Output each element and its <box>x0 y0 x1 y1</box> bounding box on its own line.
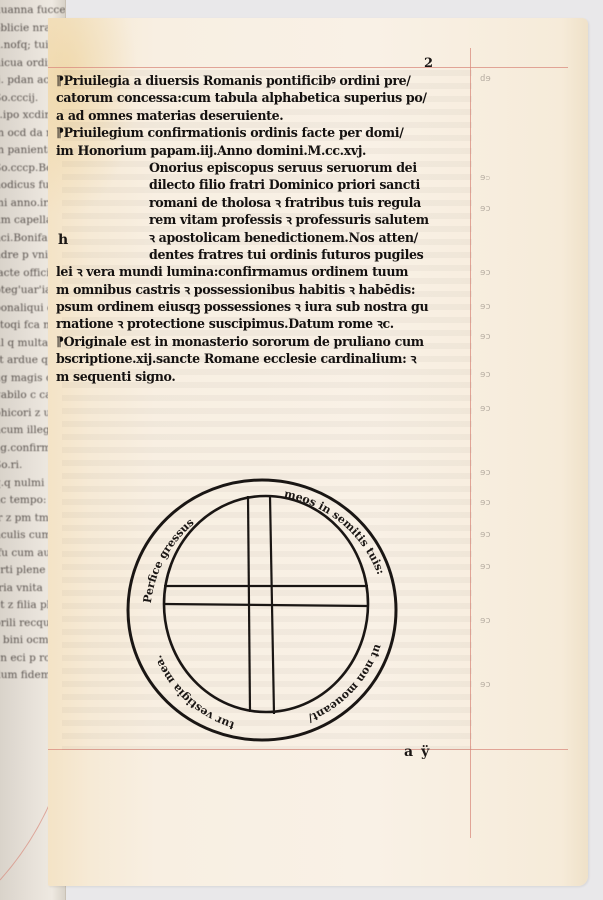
text-line: dentes fratres tui ordinis futuros pugil… <box>56 246 470 263</box>
margin-bleed-mark: ɘɔ <box>480 616 491 626</box>
signature-mark-top: 2 <box>424 56 433 71</box>
svg-text:Perfice gressus: Perfice gressus <box>141 516 197 604</box>
text-line: m omnibus castris ꝛ possessionibus habit… <box>56 281 470 298</box>
main-text-block: ⁋Priuilegia a diuersis Romanis pontifici… <box>56 72 470 385</box>
text-line: a ad omnes materias deseruiente. <box>56 107 470 124</box>
left-page-line: uuanna fucce <box>0 2 66 20</box>
right-page: 2 h ⁋Priuilegia a diuersis Romanis ponti… <box>48 18 588 886</box>
text-line: Onorius episcopus seruus seruorum dei <box>56 159 470 176</box>
seal-diagram: Perfice gressus meos in semitis tuis: ut… <box>122 448 402 748</box>
margin-bleed-mark: ɘ၁ <box>480 172 490 185</box>
text-line: rnatione ꝛ protectione suscipimus.Datum … <box>56 315 470 332</box>
margin-bleed-mark: ɘɔ <box>480 680 491 690</box>
margin-bleed-mark: ɘɔ <box>480 302 491 312</box>
circle-cross-seal-icon: Perfice gressus meos in semitis tuis: ut… <box>122 448 402 748</box>
text-line: psum ordinem eiusqꝫ possessiones ꝛ iura … <box>56 298 470 315</box>
inscription-upper-left: Perfice gressus <box>141 516 197 604</box>
margin-bleed-mark: ɘɔ <box>480 204 491 214</box>
text-line: im Honorium papam.iij.Anno domini.M.cc.x… <box>56 142 470 159</box>
margin-bleed-mark: ɘɔ <box>480 404 491 414</box>
text-line: romani de tholosa ꝛ fratribus tuis regul… <box>56 194 470 211</box>
margin-bleed-mark: ɘɔ <box>480 530 491 540</box>
text-line: ꝛ apostolicam benedictionem.Nos atten/ <box>56 229 470 246</box>
margin-bleed-mark: dɘ <box>480 74 491 84</box>
margin-bleed-mark: ɘɔ <box>480 498 491 508</box>
margin-bleed-mark: ɘɔ <box>480 370 491 380</box>
signature-letter: ÿ <box>421 744 437 760</box>
text-line: ⁋Priuilegium confirmationis ordinis fact… <box>56 124 470 141</box>
margin-bleed-mark: ɘɔ <box>480 468 491 478</box>
margin-bleed-mark: ɘɔ <box>480 562 491 572</box>
signature-letter: a <box>404 744 421 760</box>
text-line: catorum concessa:cum tabula alphabetica … <box>56 89 470 106</box>
text-line: ⁋Priuilegia a diuersis Romanis pontifici… <box>56 72 470 89</box>
text-line: bscriptione.xij.sancte Romane ecclesie c… <box>56 350 470 367</box>
text-line: dilecto filio fratri Dominico priori san… <box>56 176 470 193</box>
text-line: ⁋Originale est in monasterio sororum de … <box>56 333 470 350</box>
signature-mark-bottom: aÿ <box>404 744 437 760</box>
text-line: m sequenti signo. <box>56 368 470 385</box>
red-rule-top <box>48 67 568 68</box>
margin-bleed-mark: ɘɔ <box>480 268 491 278</box>
text-line: lei ꝛ vera mundi lumina:confirmamus ordi… <box>56 263 470 280</box>
text-line: rem vitam professis ꝛ professuris salute… <box>56 211 470 228</box>
margin-bleed-mark: ɘɔ <box>480 332 491 342</box>
